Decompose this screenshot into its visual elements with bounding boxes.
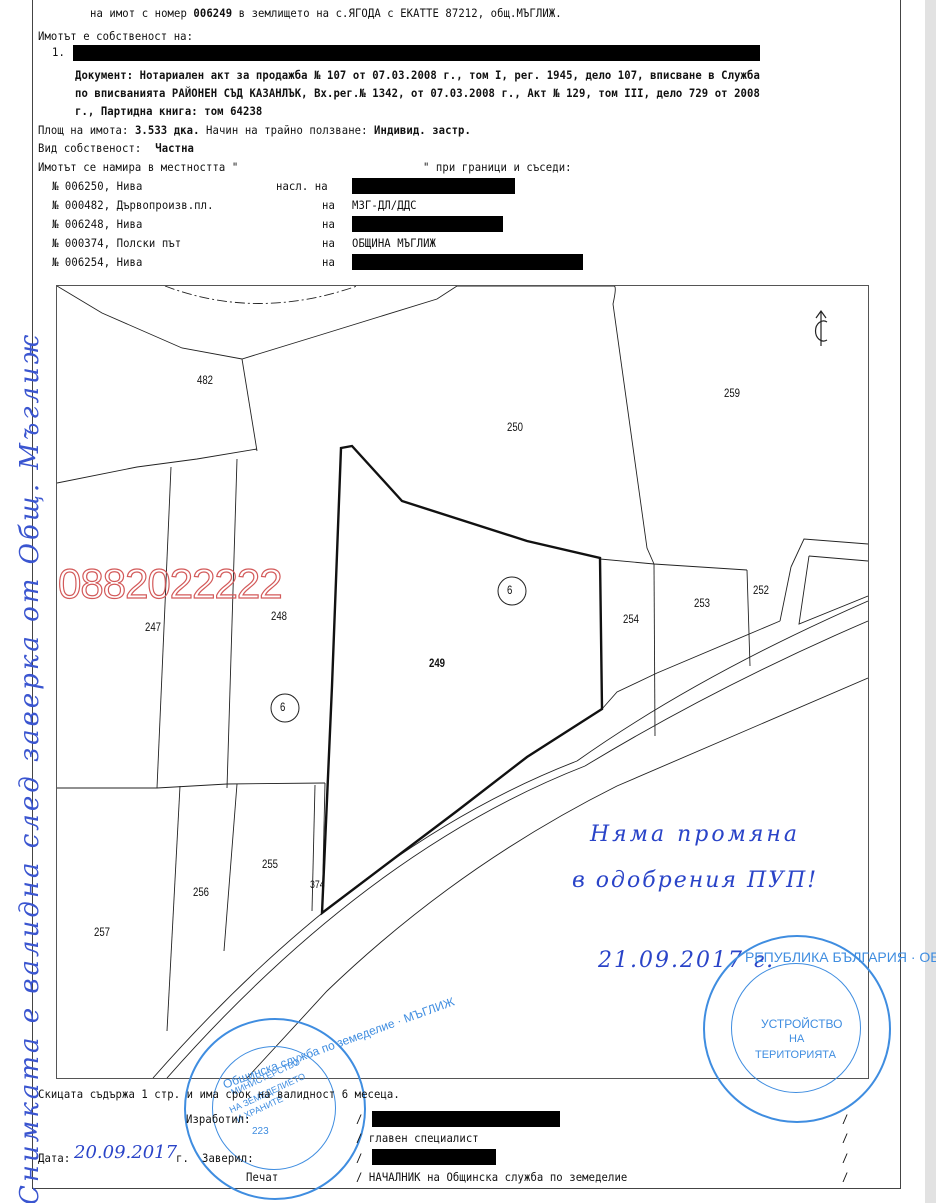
subject-parcel-outline xyxy=(322,446,602,913)
date-label: Дата: xyxy=(38,1151,70,1165)
parcel-label: 252 xyxy=(753,583,769,597)
owner-item-number: 1. xyxy=(52,45,65,59)
parcel-label: 247 xyxy=(145,620,161,634)
area-row: Площ на имота: 3.533 дка. Начин на трайн… xyxy=(38,123,471,137)
neighbor-preposition: на xyxy=(322,217,335,231)
stamp-label: Печат xyxy=(246,1170,278,1184)
ownership-value: Частна xyxy=(155,141,194,155)
zone-marker: 6 xyxy=(280,700,285,714)
parcel-label: 253 xyxy=(694,596,710,610)
certified-by-name-redacted xyxy=(372,1149,496,1165)
neighbor-owner-redacted xyxy=(352,216,503,232)
owner-label: Имотът е собственост на: xyxy=(38,29,193,43)
usage-value: Индивид. застр. xyxy=(374,123,471,137)
certified-by-label: Заверил: xyxy=(202,1151,254,1165)
handwritten-note-line-2: в одобрения ПУП! xyxy=(572,868,818,893)
neighbor-owner-redacted xyxy=(352,254,583,270)
area-label: Площ на имота: xyxy=(38,123,128,137)
neighbor-owner: МЗГ-ДЛ/ДДС xyxy=(352,198,417,212)
property-number: 006249 xyxy=(193,6,232,20)
ownership-label: Вид собственост: xyxy=(38,141,141,155)
prepared-by-name-redacted xyxy=(372,1111,560,1127)
location-suffix: " при граници и съседи: xyxy=(423,160,572,174)
neighbor-preposition: насл. на xyxy=(276,179,328,193)
date-suffix: г. xyxy=(176,1151,189,1165)
ownership-row: Вид собственост: Частна xyxy=(38,141,194,155)
slash: / xyxy=(842,1170,848,1184)
neighbor-preposition: на xyxy=(322,198,335,212)
neighbor-number: № 000374, Полски път xyxy=(52,236,181,250)
zone-marker: 6 xyxy=(507,583,512,597)
usage-label: Начин на трайно ползване: xyxy=(206,123,368,137)
municipality-stamp: РЕПУБЛИКА БЪЛГАРИЯ · ОБЩИНА МЪГЛИЖ УСТРО… xyxy=(703,935,891,1123)
location-label: Имотът се намира в местността " xyxy=(38,160,238,174)
neighbor-preposition: на xyxy=(322,236,335,250)
neighbor-owner: ОБЩИНА МЪГЛИЖ xyxy=(352,236,436,250)
validity-text: Скицата съдържа 1 стр. и има срок на вал… xyxy=(38,1087,400,1101)
stamp-code: 223 xyxy=(252,1126,269,1137)
document-line-2: по вписванията РАЙОНЕН СЪД КАЗАНЛЪК, Вх.… xyxy=(75,86,760,100)
neighbor-number: № 006248, Нива xyxy=(52,217,142,231)
parcel-label: 374 xyxy=(310,879,325,891)
prepared-by-role: / главен специалист xyxy=(356,1131,479,1145)
stamp-outer-text: РЕПУБЛИКА БЪЛГАРИЯ · ОБЩИНА МЪГЛИЖ xyxy=(745,949,936,965)
header-suffix: в землището на с.ЯГОДА с ЕКАТТЕ 87212, о… xyxy=(239,6,562,20)
document-line-1: Документ: Нотариален акт за продажба № 1… xyxy=(75,68,760,82)
certified-by-role: / НАЧАЛНИК на Общинска служба по земедел… xyxy=(356,1170,627,1184)
owner-name-redacted xyxy=(73,45,760,61)
document-line-3: г., Партидна книга: том 64238 xyxy=(75,104,262,118)
slash: / xyxy=(842,1131,848,1145)
neighbor-number: № 000482, Дървопроизв.пл. xyxy=(52,198,214,212)
parcel-label: 256 xyxy=(193,885,209,899)
neighbor-number: № 006250, Нива xyxy=(52,179,142,193)
stamp-inner-text: НА xyxy=(789,1033,804,1045)
neighbor-number: № 006254, Нива xyxy=(52,255,142,269)
side-handwritten-note: Снимката е валидна след заверка от Общ. … xyxy=(15,105,45,1203)
header-prefix: на имот с номер xyxy=(90,6,187,20)
north-arrow-icon xyxy=(816,311,827,346)
area-value: 3.533 дка. xyxy=(135,123,200,137)
scrollbar-gutter xyxy=(925,0,936,1203)
subject-parcel-label: 249 xyxy=(429,656,445,670)
parcel-label: 254 xyxy=(623,612,639,626)
neighbor-owner-redacted xyxy=(352,178,515,194)
handwritten-issue-date: 20.09.2017 xyxy=(74,1142,177,1163)
slash: / xyxy=(842,1151,848,1165)
prepared-by-label: Изработил: xyxy=(186,1112,251,1126)
header-line: на имот с номер 006249 в землището на с.… xyxy=(90,6,562,20)
stamp-inner-text: ТЕРИТОРИЯТА xyxy=(755,1049,836,1061)
slash: / xyxy=(842,1112,848,1126)
slash: / xyxy=(356,1112,362,1126)
parcel-label: 248 xyxy=(271,609,287,623)
phone-watermark: 0882022222 xyxy=(58,560,282,608)
parcel-label: 255 xyxy=(262,857,278,871)
handwritten-note-line-1: Няма промяна xyxy=(590,822,800,847)
parcel-label: 482 xyxy=(197,373,213,387)
parcel-label: 259 xyxy=(724,386,740,400)
slash: / xyxy=(356,1151,362,1165)
parcel-label: 250 xyxy=(507,420,523,434)
parcel-label: 257 xyxy=(94,925,110,939)
neighbor-preposition: на xyxy=(322,255,335,269)
stamp-inner-text: УСТРОЙСТВО xyxy=(761,1017,842,1031)
